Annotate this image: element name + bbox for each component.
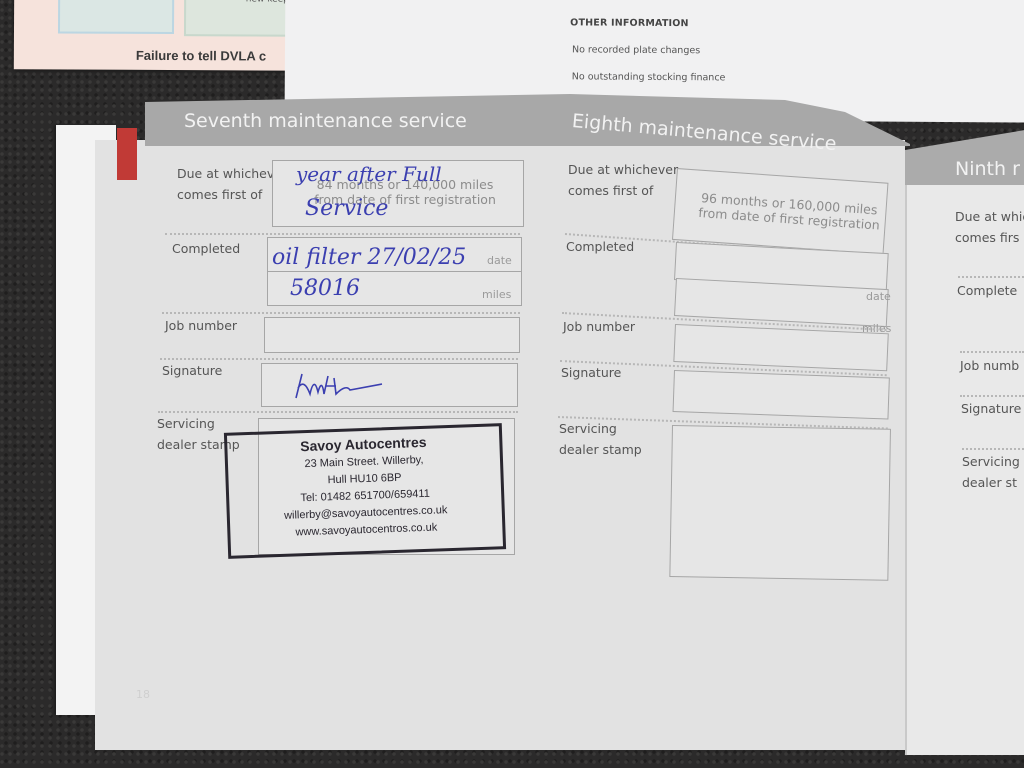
divider (165, 233, 520, 235)
dvla-warning-text: Failure to tell DVLA c (136, 48, 266, 64)
red-tab-marker (117, 128, 137, 180)
due-handwriting-line1: year after Full (296, 162, 442, 186)
dealer-stamp-field[interactable] (669, 425, 891, 581)
other-information-heading: OTHER INFORMATION (570, 17, 689, 29)
miles-hint: miles (482, 288, 511, 301)
job-number-label: Job numb (960, 355, 1019, 376)
signature-label: Signature (961, 398, 1021, 419)
date-hint: date (866, 290, 891, 303)
divider (958, 276, 1024, 278)
signature-scribble (290, 368, 390, 402)
signature-field[interactable] (673, 370, 890, 420)
dealer-stamp-label: Servicing dealer stamp (559, 418, 642, 460)
due-label: Due at whichever comes first of (177, 163, 287, 205)
seventh-service-title: Seventh maintenance service (184, 110, 467, 132)
completed-label: Completed (566, 236, 634, 257)
info-line: No recorded plate changes (572, 44, 700, 56)
job-number-label: Job number (563, 316, 635, 337)
completed-miles-handwriting: 58016 (290, 276, 360, 301)
dealer-stamp-label: Servicing dealer st (962, 451, 1020, 493)
completed-date-handwriting: oil filter 27/02/25 (272, 245, 466, 270)
due-label: Due at whic comes firs (955, 206, 1024, 248)
signature-label: Signature (162, 360, 222, 381)
ninth-service-title: Ninth r (955, 158, 1020, 180)
date-hint: date (487, 254, 512, 267)
due-label: Due at whichever comes first of (568, 159, 678, 201)
divider (960, 395, 1024, 397)
due-handwriting-line2: Service (305, 196, 388, 221)
completed-label: Completed (172, 238, 240, 259)
divider (960, 351, 1024, 353)
divider (162, 312, 520, 314)
signature-label: Signature (561, 362, 621, 383)
divider (962, 448, 1024, 450)
job-number-label: Job number (165, 315, 237, 336)
dvla-blue-box (58, 0, 174, 34)
dvla-notice-sheet: new keeper. Failure to tell DVLA c (14, 0, 314, 71)
info-line: No outstanding stocking finance (572, 71, 726, 83)
page-number: 18 (136, 688, 150, 701)
completed-label: Complete (957, 280, 1017, 301)
dealer-stamp: Savoy Autocentres 23 Main Street. Willer… (224, 423, 506, 559)
job-number-field[interactable] (264, 317, 520, 353)
